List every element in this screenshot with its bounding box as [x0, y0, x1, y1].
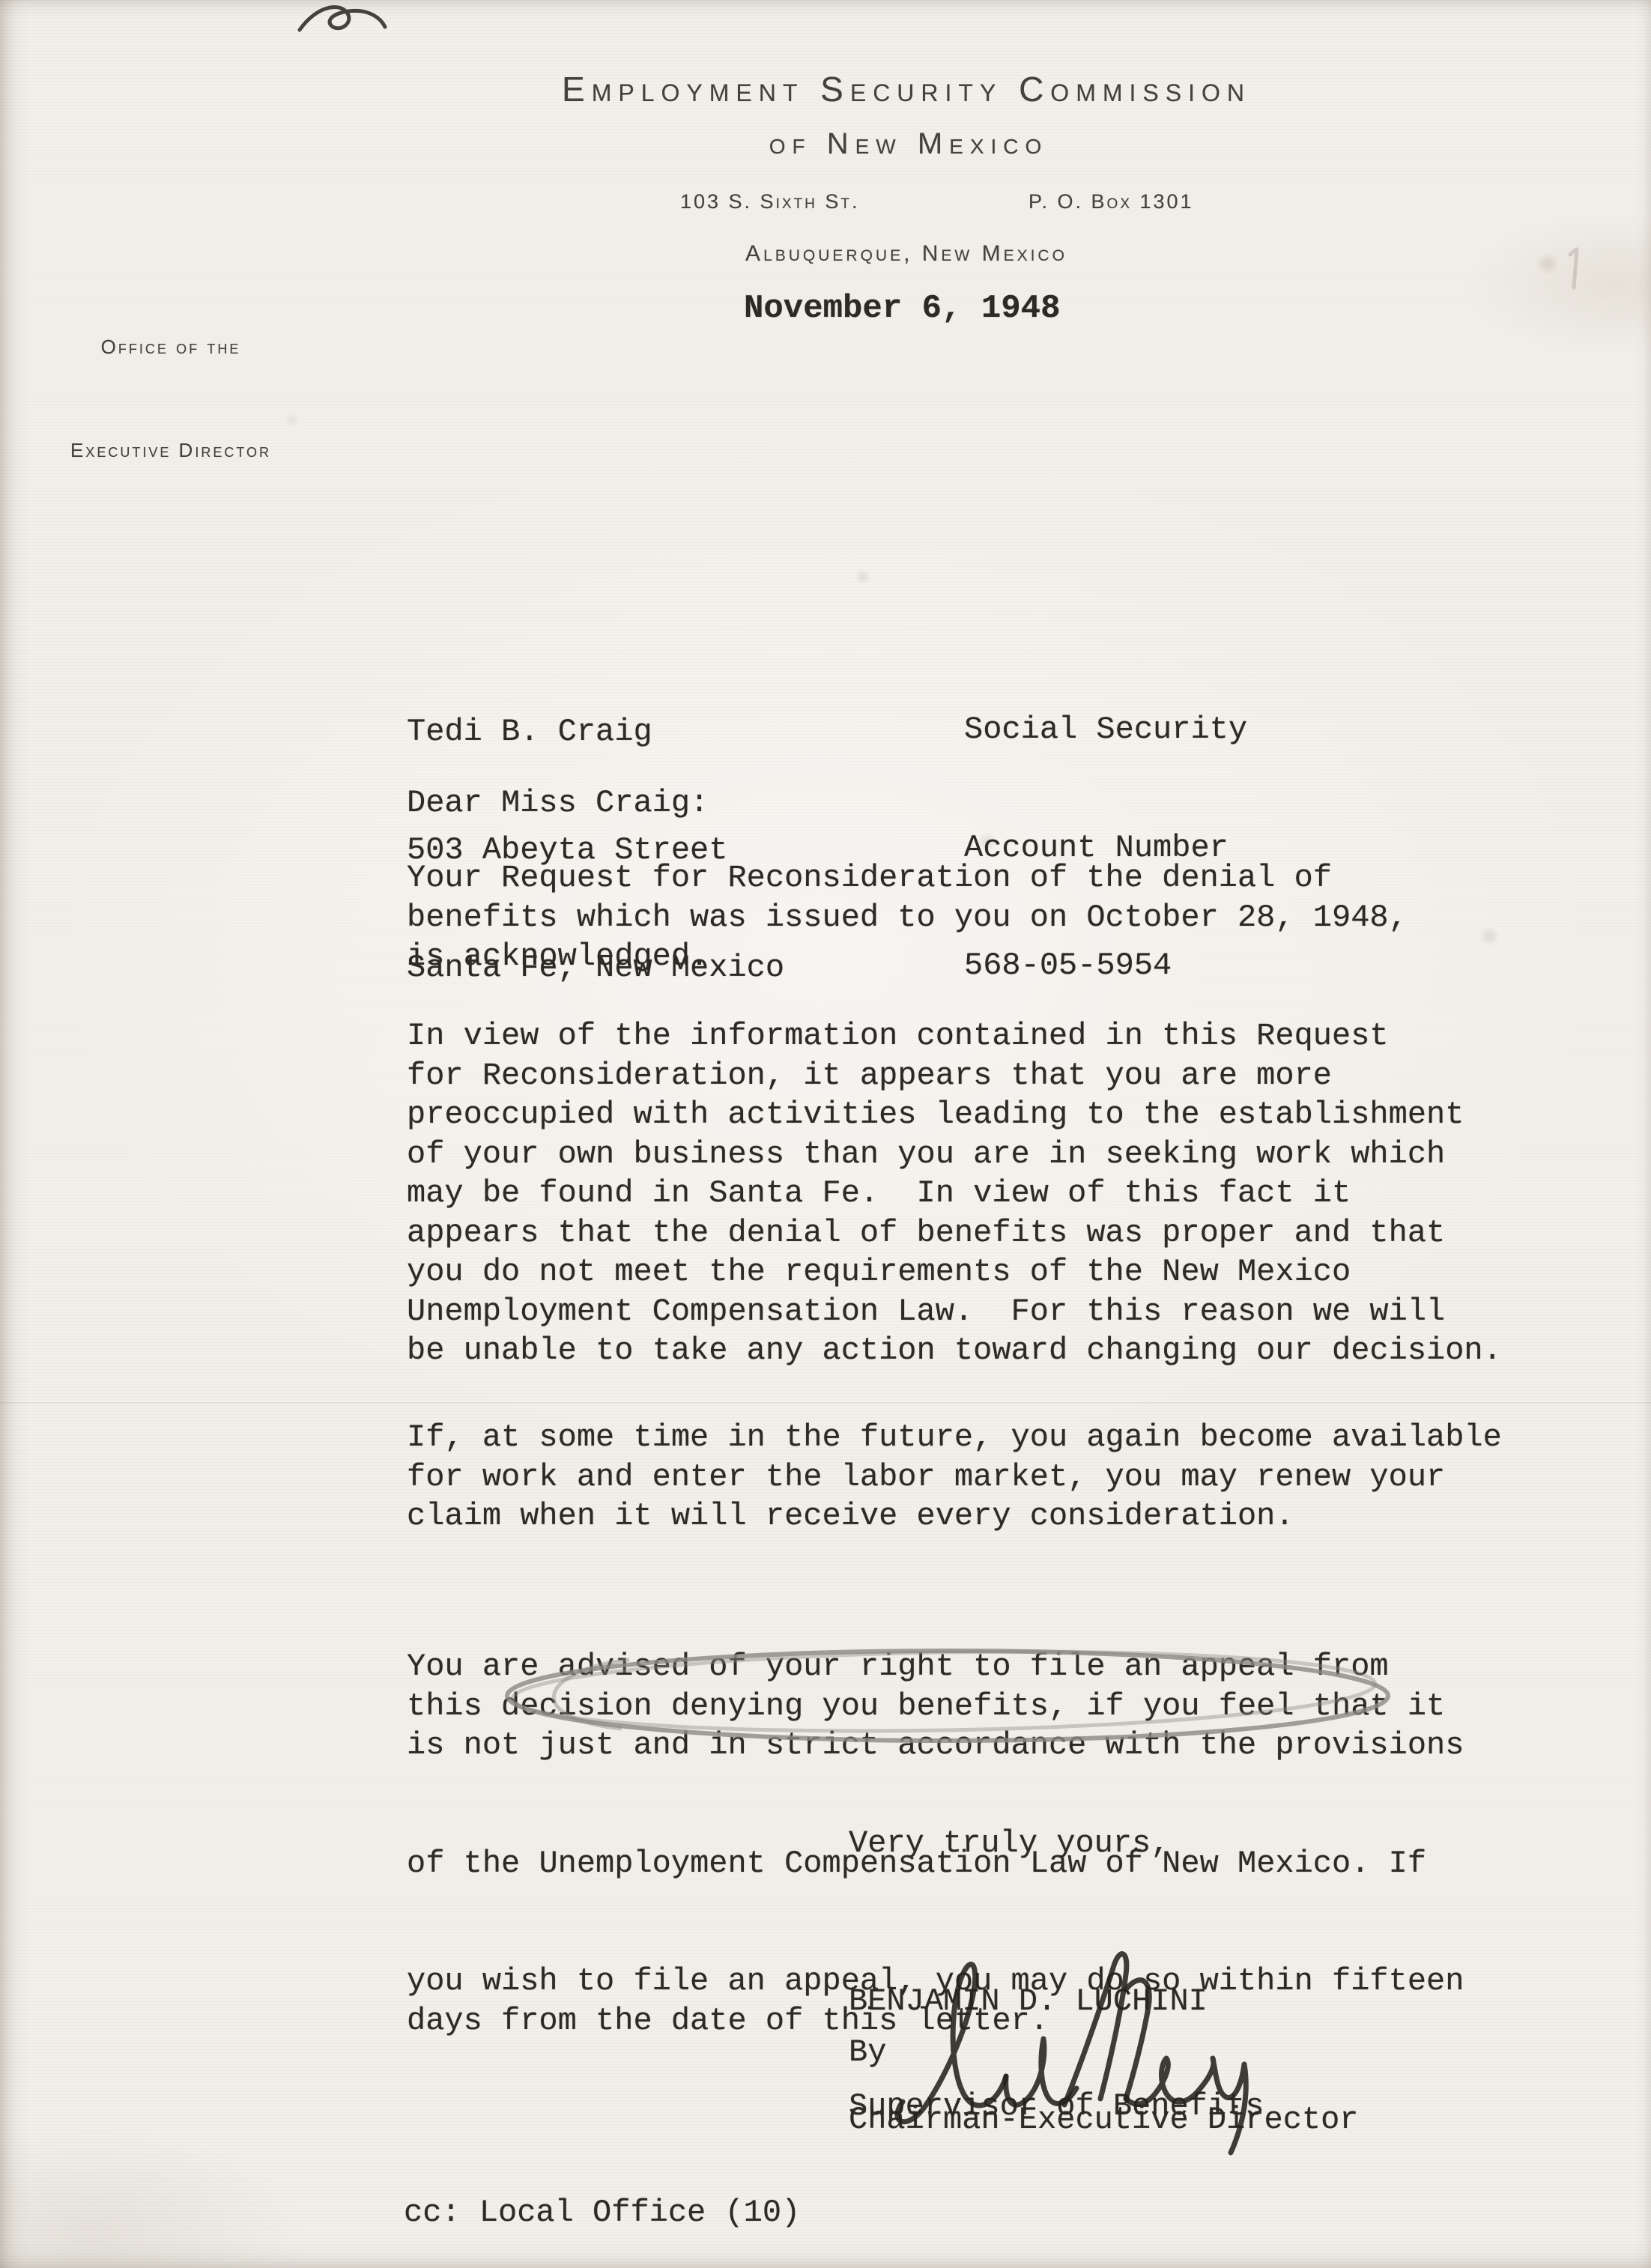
text-line: for work and enter the labor market, you… — [407, 1458, 1502, 1497]
letterhead-po-box: P. O. Box 1301 — [1029, 190, 1194, 213]
text-line: is acknowledged. — [407, 937, 1408, 977]
letter-date: November 6, 1948 — [744, 289, 1060, 329]
office-of-executive-director: Office of the Executive Director — [45, 261, 297, 536]
salutation: Dear Miss Craig: — [407, 783, 709, 823]
letter-page: Employment Security Commission of New Me… — [0, 0, 1651, 2268]
text-line: of your own business than you are in see… — [407, 1135, 1502, 1174]
text-line: appears that the denial of benefits was … — [407, 1213, 1502, 1253]
text-line: may be found in Santa Fe. In view of thi… — [407, 1174, 1502, 1213]
text-line: you do not meet the requirements of the … — [407, 1252, 1502, 1292]
paper-crease — [0, 1402, 1651, 1404]
letterhead-city: Albuquerque, New Mexico — [745, 241, 1067, 267]
signature — [888, 1944, 1307, 2169]
letterhead-org-line2: of New Mexico — [769, 127, 1049, 161]
letterhead-street-address: 103 S. Sixth St. — [680, 190, 859, 213]
ink-scribble — [294, 0, 391, 39]
letterhead-org-line1: Employment Security Commission — [562, 69, 1251, 109]
valediction: Very truly yours, — [849, 1824, 1169, 1864]
text-line: Your Request for Reconsideration of the … — [407, 858, 1408, 898]
office-line2: Executive Director — [45, 433, 297, 467]
cc-line: cc: Local Office (10) — [404, 2193, 800, 2233]
by-label: By — [849, 2033, 886, 2073]
text-line: If, at some time in the future, you agai… — [407, 1418, 1502, 1458]
office-line1: Office of the — [45, 330, 297, 364]
text-line: benefits which was issued to you on Octo… — [407, 898, 1408, 938]
pencil-circle-annotation — [494, 1633, 1405, 1747]
text-line: preoccupied with activities leading to t… — [407, 1095, 1502, 1135]
circled-line-pre: of the — [407, 1846, 539, 1882]
text-line: claim when it will receive every conside… — [407, 1497, 1502, 1536]
ssn-label-line1: Social Security — [964, 710, 1247, 750]
pencil-mark — [1564, 247, 1587, 292]
circled-line-post: . If — [1351, 1846, 1426, 1882]
text-line: Unemployment Compensation Law. For this … — [407, 1292, 1502, 1332]
ssn-block: Social Security Account Number 568-05-59… — [964, 631, 1247, 1064]
paragraph-3: If, at some time in the future, you agai… — [407, 1418, 1502, 1536]
paragraph-2: In view of the information contained in … — [407, 1016, 1502, 1371]
recipient-name: Tedi B. Craig — [407, 712, 784, 752]
paragraph-1: Your Request for Reconsideration of the … — [407, 858, 1408, 977]
text-line: In view of the information contained in … — [407, 1016, 1502, 1056]
recipient-address-block: Tedi B. Craig 503 Abeyta Street Santa Fe… — [407, 634, 784, 1067]
text-line: for Reconsideration, it appears that you… — [407, 1056, 1502, 1096]
text-line: be unable to take any action toward chan… — [407, 1331, 1502, 1371]
